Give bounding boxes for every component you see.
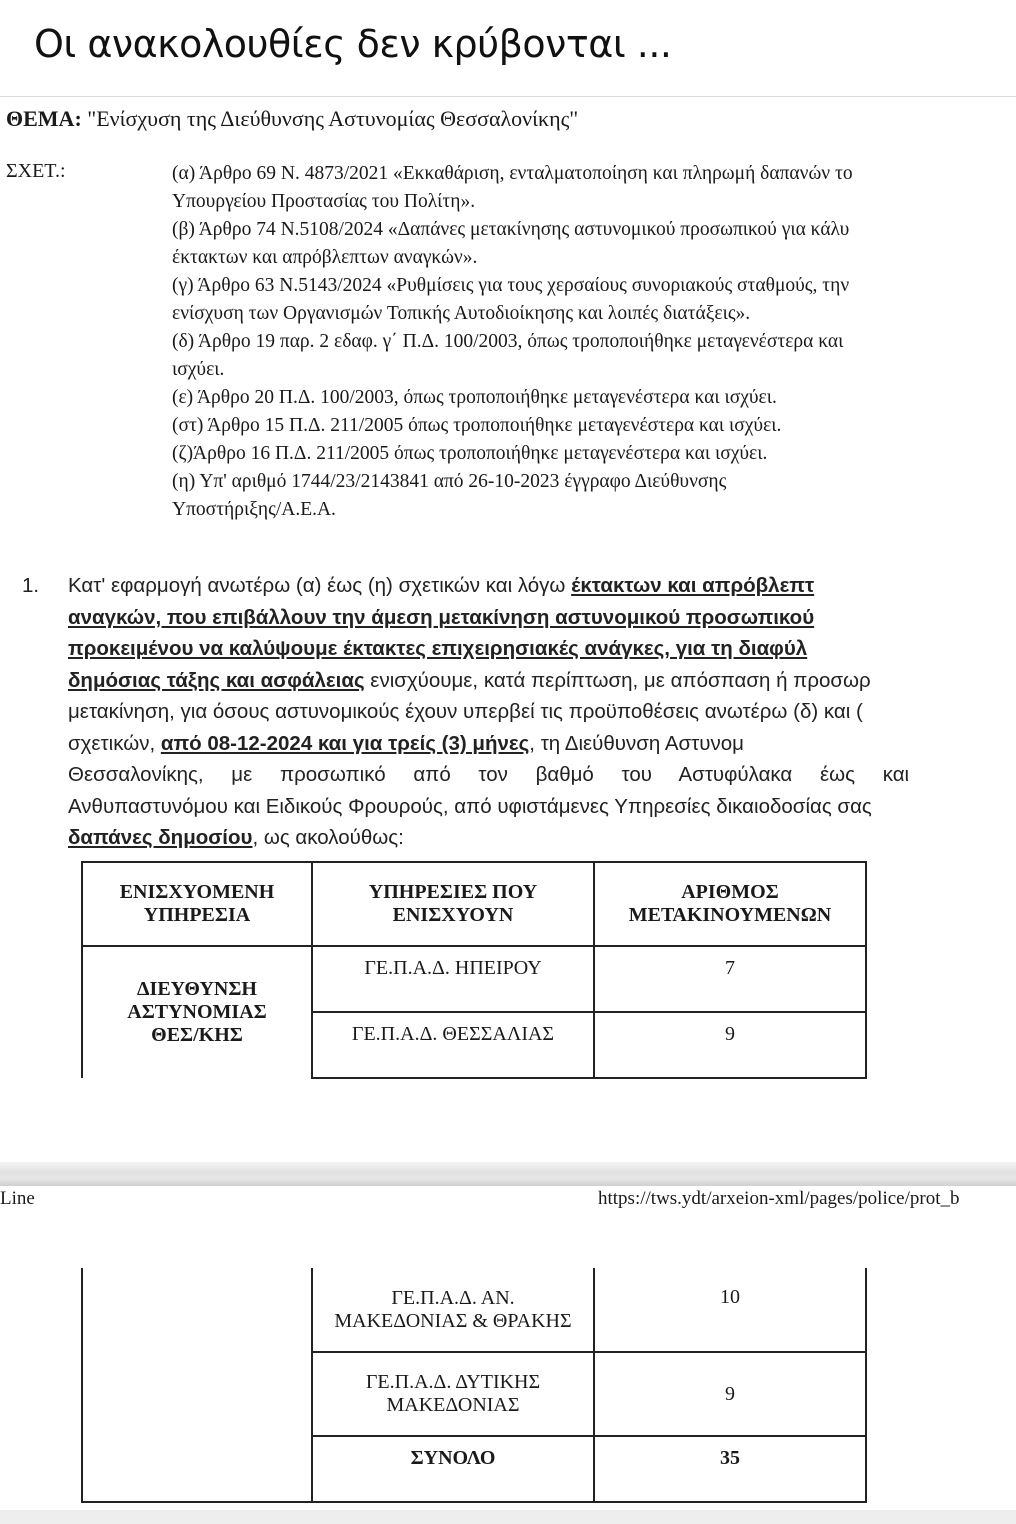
reference-line: ενίσχυση των Οργανισμών Τοπικής Αυτοδιοί…	[172, 300, 1016, 328]
page-footer-url: https://tws.ydt/arxeion-xml/pages/police…	[598, 1188, 959, 1210]
reference-line: έκτακτων και απρόβλεπτων αναγκών».	[172, 244, 1016, 272]
service-cell: ΓΕ.Π.Α.Δ. ΔΥΤΙΚΗΣΜΑΚΕΔΟΝΙΑΣ	[312, 1352, 594, 1436]
reference-line: Υποστήριξης/Α.Ε.Α.	[172, 496, 1016, 524]
count-cell: 9	[594, 1352, 866, 1436]
total-value: 35	[594, 1436, 866, 1502]
service-cell: ΓΕ.Π.Α.Δ. ΑΝ.ΜΑΚΕΔΟΝΙΑΣ & ΘΡΑΚΗΣ	[312, 1268, 594, 1352]
references-list: (α) Άρθρο 69 Ν. 4873/2021 «Εκκαθάριση, ε…	[172, 160, 1016, 524]
header-supporting-services: ΥΠΗΡΕΣΙΕΣ ΠΟΥΕΝΙΣΧΥΟΥΝ	[312, 862, 594, 946]
reinforced-service-continued	[82, 1268, 312, 1502]
reference-line: (ε) Άρθρο 20 Π.Δ. 100/2003, όπως τροποπο…	[172, 384, 1016, 412]
reference-line: (δ) Άρθρο 19 παρ. 2 εδαφ. γ΄ Π.Δ. 100/20…	[172, 328, 1016, 356]
subject-text: "Ενίσχυση της Διεύθυνσης Αστυνομίας Θεσσ…	[82, 106, 579, 131]
service-cell: ΓΕ.Π.Α.Δ. ΗΠΕΙΡΟΥ	[312, 946, 594, 1012]
reference-line: (β) Άρθρο 74 Ν.5108/2024 «Δαπάνες μετακί…	[172, 216, 1016, 244]
subject-label: ΘΕΜΑ:	[6, 106, 82, 131]
reference-line: (ζ)Άρθρο 16 Π.Δ. 211/2005 όπως τροποποιή…	[172, 440, 1016, 468]
text: , ως ακολούθως:	[252, 826, 403, 849]
total-label: ΣΥΝΟΛΟ	[312, 1436, 594, 1502]
reinforced-service-cell: ΔΙΕΥΘΥΝΣΗΑΣΤΥΝΟΜΙΑΣΘΕΣ/ΚΗΣ	[82, 946, 312, 1078]
page-footer-label: Line	[0, 1188, 35, 1210]
page-break-bottom	[0, 1510, 1016, 1524]
paragraph-number: 1.	[22, 570, 39, 602]
text: Θεσσαλονίκης, με προσωπικό από τον βαθμό…	[68, 763, 909, 786]
text: ενισχύουμε, κατά περίπτωση, με απόσπαση …	[365, 669, 871, 692]
reference-line: (γ) Άρθρο 63 Ν.5143/2024 «Ρυθμίσεις για …	[172, 272, 1016, 300]
post-title: Οι ανακολουθίες δεν κρύβονται ...	[34, 22, 672, 66]
reference-line: (στ) Άρθρο 15 Π.Δ. 211/2005 όπως τροποπο…	[172, 412, 1016, 440]
emphasis: αναγκών, που επιβάλλουν την άμεση μετακί…	[68, 606, 814, 629]
page-break	[0, 1162, 1016, 1186]
emphasis: έκτακτων και απρόβλεπτ	[571, 574, 814, 597]
reference-line: ισχύει.	[172, 356, 1016, 384]
header-reinforced-service: ΕΝΙΣΧΥΟΜΕΝΗΥΠΗΡΕΣΙΑ	[82, 862, 312, 946]
text: Κατ' εφαρμογή ανωτέρω (α) έως (η) σχετικ…	[68, 574, 571, 597]
emphasis: δαπάνες δημοσίου	[68, 826, 252, 849]
reference-line: Υπουργείου Προστασίας του Πολίτη».	[172, 188, 1016, 216]
service-cell: ΓΕ.Π.Α.Δ. ΘΕΣΣΑΛΙΑΣ	[312, 1012, 594, 1078]
count-cell: 7	[594, 946, 866, 1012]
emphasis: προκειμένου να καλύψουμε έκτακτες επιχει…	[68, 637, 807, 660]
text: Ανθυπαστυνόμου και Ειδικούς Φρουρούς, απ…	[68, 795, 872, 818]
count-cell: 10	[594, 1268, 866, 1352]
subject-line: ΘΕΜΑ: "Ενίσχυση της Διεύθυνσης Αστυνομία…	[6, 106, 578, 132]
reinforcement-table-part1: ΕΝΙΣΧΥΟΜΕΝΗΥΠΗΡΕΣΙΑ ΥΠΗΡΕΣΙΕΣ ΠΟΥΕΝΙΣΧΥΟ…	[81, 861, 867, 1079]
reference-line: (α) Άρθρο 69 Ν. 4873/2021 «Εκκαθάριση, ε…	[172, 160, 1016, 188]
count-cell: 9	[594, 1012, 866, 1078]
emphasis-date: από 08-12-2024 και για τρείς (3) μήνες	[161, 732, 529, 755]
reinforcement-table-part2: ΓΕ.Π.Α.Δ. ΑΝ.ΜΑΚΕΔΟΝΙΑΣ & ΘΡΑΚΗΣ 10 ΓΕ.Π…	[81, 1268, 867, 1503]
text: σχετικών,	[68, 732, 161, 755]
divider	[0, 96, 1016, 97]
text: , τη Διεύθυνση Αστυνομ	[529, 732, 744, 755]
references-label: ΣΧΕΤ.:	[6, 160, 66, 183]
header-count: ΑΡΙΘΜΟΣΜΕΤΑΚΙΝΟΥΜΕΝΩΝ	[594, 862, 866, 946]
reference-line: (η) Υπ' αριθμό 1744/23/2143841 από 26-10…	[172, 468, 1016, 496]
text: μετακίνηση, για όσους αστυνομικούς έχουν…	[68, 700, 863, 723]
emphasis: δημόσιας τάξης και ασφάλειας	[68, 669, 365, 692]
